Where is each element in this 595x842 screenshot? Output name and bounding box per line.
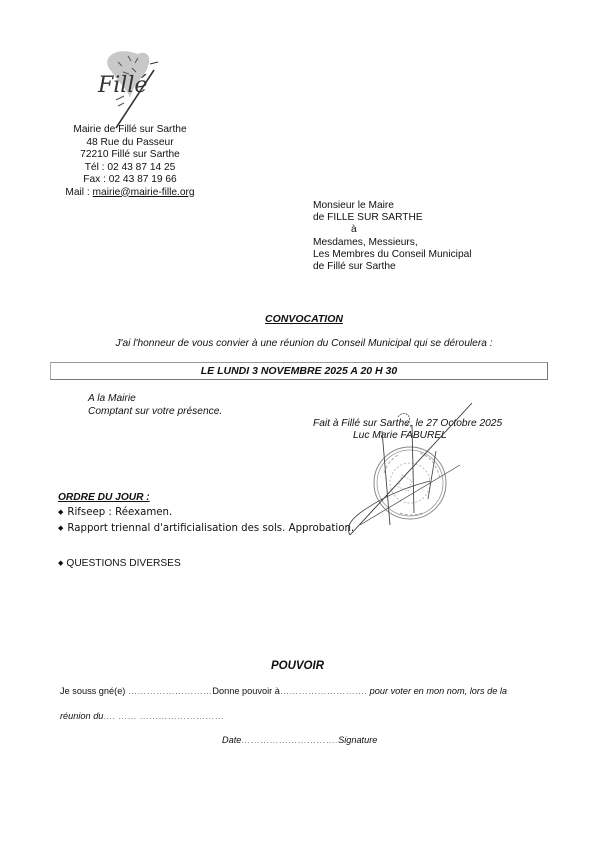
proxy-line-3: Date………………………….Signature [222, 735, 377, 745]
signoff: Fait à Fillé sur Sarthe, le 27 Octobre 2… [313, 418, 502, 442]
meeting-place: A la Mairie Comptant sur votre présence. [88, 393, 222, 418]
signature-label: Signature [338, 735, 377, 745]
date-label: Date [222, 735, 241, 745]
bullet-icon: ◆ [58, 524, 63, 532]
convocation-intro: J'ai l'honneur de vous convier à une réu… [0, 338, 595, 349]
place-date: Fait à Fillé sur Sarthe, le 27 Octobre 2… [313, 418, 502, 430]
signer-name: Luc Marie FABUREL [313, 430, 502, 442]
proxy-line-2: réunion du…. …… ……………………… [60, 711, 224, 721]
recipient-line: à [313, 224, 472, 236]
sender-fax: Fax : 02 43 87 19 66 [40, 174, 220, 187]
recipient-line: de FILLE SUR SARTHE [313, 212, 472, 224]
recipient-line: Mesdames, Messieurs, [313, 237, 472, 249]
agenda-item: ◆Rifseep : Réexamen. [58, 505, 354, 521]
svg-text:Fillé: Fillé [97, 73, 147, 98]
proxy-line-1: Je souss gné(e) ………………………Donne pouvoir à… [60, 686, 507, 696]
agenda-title: ORDRE DU JOUR : [58, 492, 150, 503]
sender-mail: Mail : mairie@mairie-fille.org [40, 187, 220, 200]
proxy-title: POUVOIR [0, 660, 595, 672]
municipal-logo-icon: Fillé [88, 42, 168, 132]
sender-city: 72210 Fillé sur Sarthe [40, 149, 220, 162]
meeting-date-label: réunion du [60, 711, 103, 721]
proxy-holder-field[interactable]: ………………………. [280, 686, 367, 696]
proxy-purpose-text: pour voter en mon nom, lors de la [367, 686, 507, 696]
agenda-misc: ◆QUESTIONS DIVERSES [58, 558, 181, 569]
recipient-line: Les Membres du Conseil Municipal [313, 249, 472, 261]
recipient-address: Monsieur le Maire de FILLE SUR SARTHE à … [313, 200, 472, 273]
bullet-icon: ◆ [58, 560, 63, 567]
sender-tel: Tél : 02 43 87 14 25 [40, 162, 220, 175]
bullet-icon: ◆ [58, 508, 63, 516]
meeting-date-field[interactable]: …. …… ……………………… [103, 711, 224, 721]
agenda-item: ◆Rapport triennal d'artificialisation de… [58, 521, 354, 537]
proxy-undersigned-label: Je souss gné(e) [60, 686, 128, 696]
sender-name: Mairie de Fillé sur Sarthe [40, 124, 220, 137]
sender-address: Mairie de Fillé sur Sarthe 48 Rue du Pas… [40, 124, 220, 199]
mail-link[interactable]: mairie@mairie-fille.org [93, 187, 195, 198]
place-text: A la Mairie [88, 393, 222, 406]
recipient-line: de Fillé sur Sarthe [313, 261, 472, 273]
mail-label: Mail : [65, 187, 92, 198]
recipient-line: Monsieur le Maire [313, 200, 472, 212]
meeting-date-box: LE LUNDI 3 NOVEMBRE 2025 A 20 H 30 [50, 362, 548, 380]
proxy-grant-label: Donne pouvoir à [212, 686, 279, 696]
closing-text: Comptant sur votre présence. [88, 406, 222, 419]
municipal-logo: Fillé [88, 42, 168, 132]
date-field[interactable]: …………………………. [241, 735, 338, 745]
sender-street: 48 Rue du Passeur [40, 137, 220, 150]
agenda-list: ◆Rifseep : Réexamen. ◆Rapport triennal d… [58, 505, 354, 536]
convocation-title: CONVOCATION [0, 313, 595, 325]
undersigned-field[interactable]: ……………………… [128, 686, 213, 696]
